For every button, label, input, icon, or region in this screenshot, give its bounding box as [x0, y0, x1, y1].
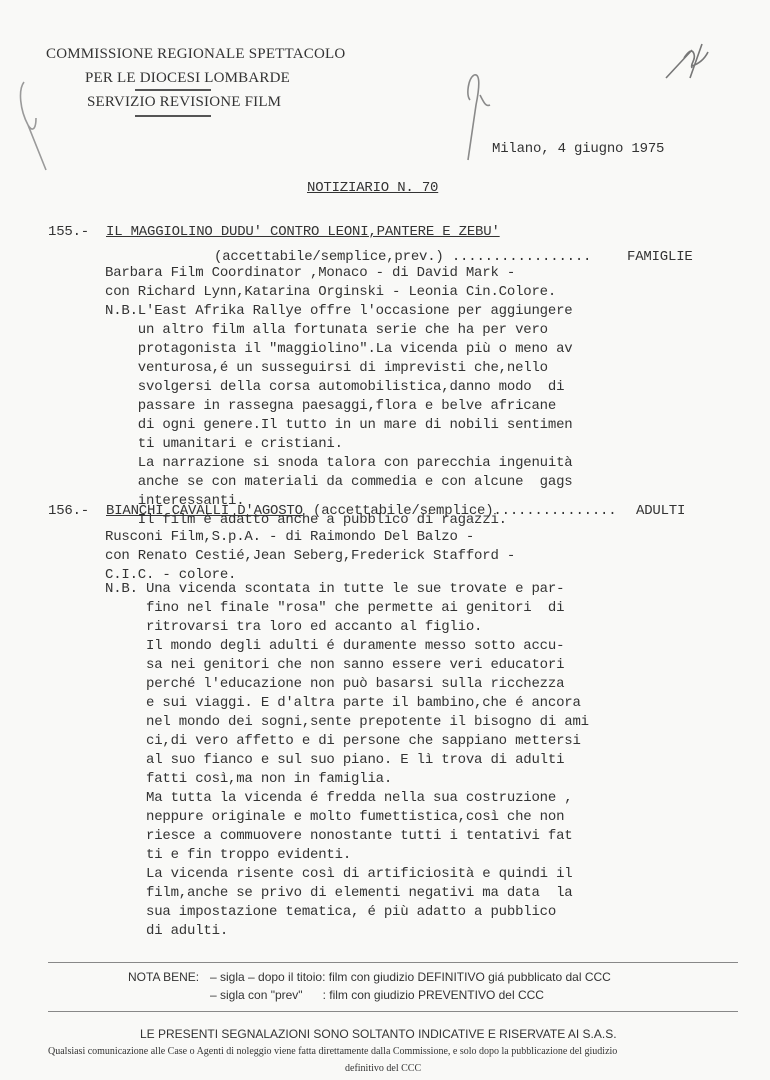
- entry-note-line: neppure originale e molto fumettistica,c…: [105, 808, 564, 827]
- entry-number: 156.-: [48, 503, 89, 519]
- entry-note-line: e sui viaggi. E d'altra parte il bambino…: [105, 694, 581, 713]
- entry-note-line: passare in rassegna paesaggi,flora e bel…: [105, 397, 556, 416]
- entry-note-line: protagonista il "maggiolino".La vicenda …: [105, 340, 572, 359]
- entry-note-line: Ma tutta la vicenda é fredda nella sua c…: [105, 789, 572, 808]
- entry-note-line: al suo fianco e sul suo piano. E lì trov…: [105, 751, 564, 770]
- nota-bene-line1: – sigla – dopo il titoio: film con giudi…: [210, 970, 611, 984]
- entry-note-line: ti e fin troppo evidenti.: [105, 846, 351, 865]
- entry-note-line: ritrovarsi tra loro ed accanto al figlio…: [105, 618, 482, 637]
- letterhead-line2: PER LE DIOCESI LOMBARDE: [85, 70, 290, 87]
- footer-divider-bottom: [48, 1011, 738, 1012]
- notice-line1: Qualsiasi comunicazione alle Case o Agen…: [48, 1046, 617, 1057]
- entry-note-line: anche se con materiali da commedia e con…: [105, 473, 572, 492]
- entry-rating: (accettabile/semplice,prev.) ...........…: [214, 249, 591, 265]
- date-line: Milano, 4 giugno 1975: [492, 141, 664, 157]
- handwritten-mark-left-icon: [10, 70, 60, 180]
- entry-note-line: svolgersi della corsa automobilistica,da…: [105, 378, 564, 397]
- entry-note-line: riesce a commuovere nonostante tutti i t…: [105, 827, 572, 846]
- entry-credit: Barbara Film Coordinator ,Monaco - di Da…: [105, 264, 515, 283]
- entry-note-line: fatti così,ma non in famiglia.: [105, 770, 392, 789]
- entry-credit: con Renato Cestié,Jean Seberg,Frederick …: [105, 547, 515, 566]
- entry-note-line: perché l'educazione non può basarsi sull…: [105, 675, 564, 694]
- nota-bene-line2: – sigla con "prev" : film con giudizio P…: [210, 988, 544, 1002]
- entry-credit: Rusconi Film,S.p.A. - di Raimondo Del Ba…: [105, 528, 474, 547]
- entry-note-line: fino nel finale "rosa" che permette ai g…: [105, 599, 564, 618]
- entry-rating: (accettabile/semplice)...............: [313, 503, 616, 519]
- entry-note-line: ti umanitari e cristiani.: [105, 435, 343, 454]
- footer-divider-top: [48, 962, 738, 963]
- notice-heading: LE PRESENTI SEGNALAZIONI SONO SOLTANTO I…: [140, 1027, 617, 1041]
- entry-note-line: di adulti.: [105, 922, 228, 941]
- entry-credit: con Richard Lynn,Katarina Orginski - Leo…: [105, 283, 556, 302]
- letterhead-line3: SERVIZIO REVISIONE FILM: [87, 94, 281, 111]
- entry-note-line: ci,di vero affetto e di persone che sapp…: [105, 732, 581, 751]
- entry-title: IL MAGGIOLINO DUDU' CONTRO LEONI,PANTERE…: [106, 224, 500, 240]
- letterhead-line1: COMMISSIONE REGIONALE SPETTACOLO: [46, 46, 345, 63]
- entry-audience: ADULTI: [636, 503, 685, 519]
- entry-note-line: La narrazione si snoda talora con parecc…: [105, 454, 572, 473]
- notice-line2: definitivo del CCC: [345, 1063, 421, 1074]
- bulletin-title: NOTIZIARIO N. 70: [307, 180, 438, 196]
- entry-note-line: nel mondo dei sogni,sente prepotente il …: [105, 713, 589, 732]
- entry-note-line: La vicenda risente così di artificiosità…: [105, 865, 572, 884]
- entry-note-line: sa nei genitori che non sanno essere ver…: [105, 656, 564, 675]
- entry-note-line: Il mondo degli adulti é duramente messo …: [105, 637, 564, 656]
- entry-note-line: N.B. Una vicenda scontata in tutte le su…: [105, 580, 564, 599]
- letterhead-divider: [135, 89, 211, 91]
- entry-note-line: film,anche se privo di elementi negativi…: [105, 884, 572, 903]
- nota-bene-label: NOTA BENE:: [128, 970, 199, 984]
- entry-audience: FAMIGLIE: [627, 249, 693, 265]
- entry-note-line: di ogni genere.Il tutto in un mare di no…: [105, 416, 572, 435]
- entry-title: BIANCHI CAVALLI D'AGOSTO: [106, 503, 303, 519]
- entry-note-line: sua impostazione tematica, é più adatto …: [105, 903, 556, 922]
- letterhead-underline: [135, 115, 211, 117]
- handwritten-number-icon: [662, 38, 722, 83]
- entry-number: 155.-: [48, 224, 89, 240]
- entry-note-line: venturosa,é un susseguirsi di imprevisti…: [105, 359, 548, 378]
- entry-note-line: N.B.L'East Afrika Rallye offre l'occasio…: [105, 302, 572, 321]
- entry-note-line: un altro film alla fortunata serie che h…: [105, 321, 548, 340]
